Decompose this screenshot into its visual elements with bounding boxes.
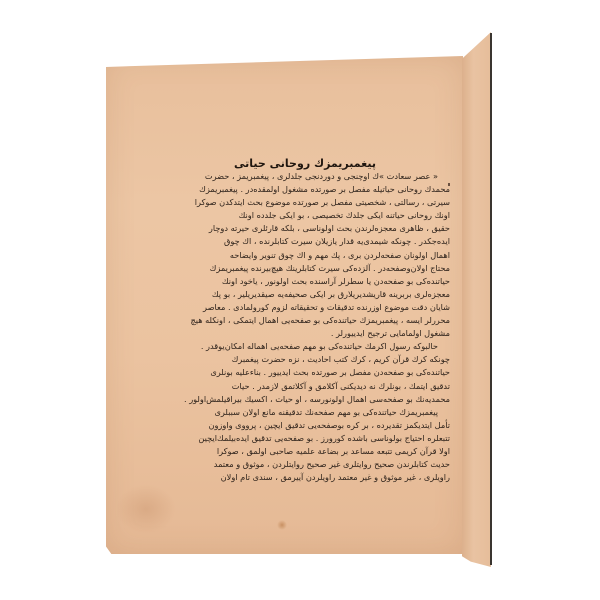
text-line: مشغول اولمامایی ترجیح ایدییورلر . (160, 327, 450, 340)
text-line: محمدیه‌نك بو صفحه‌سی اهمال اولونورسه ، ا… (160, 393, 450, 406)
text-line: سیرتی ، رسالتی ، شخصیتی مفصل بر صورتده م… (160, 196, 450, 209)
text-line: ایده‌جكدر . چونكه شیمدی‌یه قدار یازیلان … (160, 235, 450, 248)
book-cover-edge (490, 33, 492, 565)
text-line: حیاتنده‌كی بو صفحه‌دن مفصل بر صورتده بحث… (160, 366, 450, 379)
text-line: معجزه‌لری بربرینه قاریشدیریلارق بر ایكی … (160, 288, 450, 301)
text-line: حالبوكه رسول اكرمك حیاتنده‌كی بو مهم صفح… (160, 340, 450, 353)
text-line: محررلر ایسه ، پیغمبریمزك حیاتنده‌كی بو ص… (160, 314, 450, 327)
text-line: اهمال اولونان صفحه‌لردن بری ، پك مهم و ا… (160, 249, 450, 262)
text-line: چونكه كرك قرآن كریم ، كرك كتب احادیث ، ن… (160, 353, 450, 366)
text-line: اولا قرآن كریمی تتبعه مساعد بر بضاعة علم… (160, 445, 450, 458)
text-line: محمدك روحانی حیاتیله مفصل بر صورتده مشغو… (160, 183, 450, 196)
chapter-title: پیغمبریمزك روحانی حیاتی (160, 157, 450, 170)
paper-stain (277, 520, 287, 530)
text-line: تأمل ایتدیكمز تقدیرده ، بر كره بوصفحه‌یی… (160, 419, 450, 432)
text-line: راویلری ، غیر موثوق و غیر معتمد راویلردن… (160, 471, 450, 484)
book-spine (462, 32, 491, 567)
text-line: « عصر سعادت »ك اوچنجی و دوردنجی جلدلری ،… (160, 170, 450, 183)
body-text: « عصر سعادت »ك اوچنجی و دوردنجی جلدلری ،… (160, 170, 450, 484)
text-line: حیاتنده‌كی بو صفحه‌دن یا سطرلر آراسنده ب… (160, 275, 450, 288)
text-line: تتبعلره احتیاج بولوناسی باشده كورورز . ب… (160, 432, 450, 445)
text-line: شایان دقت موضوع اوزرنده تدقیقات و تحقیقا… (160, 301, 450, 314)
text-line: محتاج اولان‌وصفحه‌در . آلزده‌كی سیرت كتا… (160, 262, 450, 275)
text-line: تدقیق ایتمك ، بونلرك نه دیدیكنی آكلامق و… (160, 380, 450, 393)
text-line: حقیق ، ظاهری معجزه‌لرندن بحث اولوناسی ، … (160, 222, 450, 235)
text-line: حدیث كتابلرندن صحیح روایتلری غیر صحیح رو… (160, 458, 450, 471)
text-line: اونك روحانی حیاتنه ایكی جلدك تخصیصی ، بو… (160, 209, 450, 222)
text-line: پیغمبریمزك حیاتنده‌كی بو مهم صفحه‌نك تدق… (160, 406, 450, 419)
